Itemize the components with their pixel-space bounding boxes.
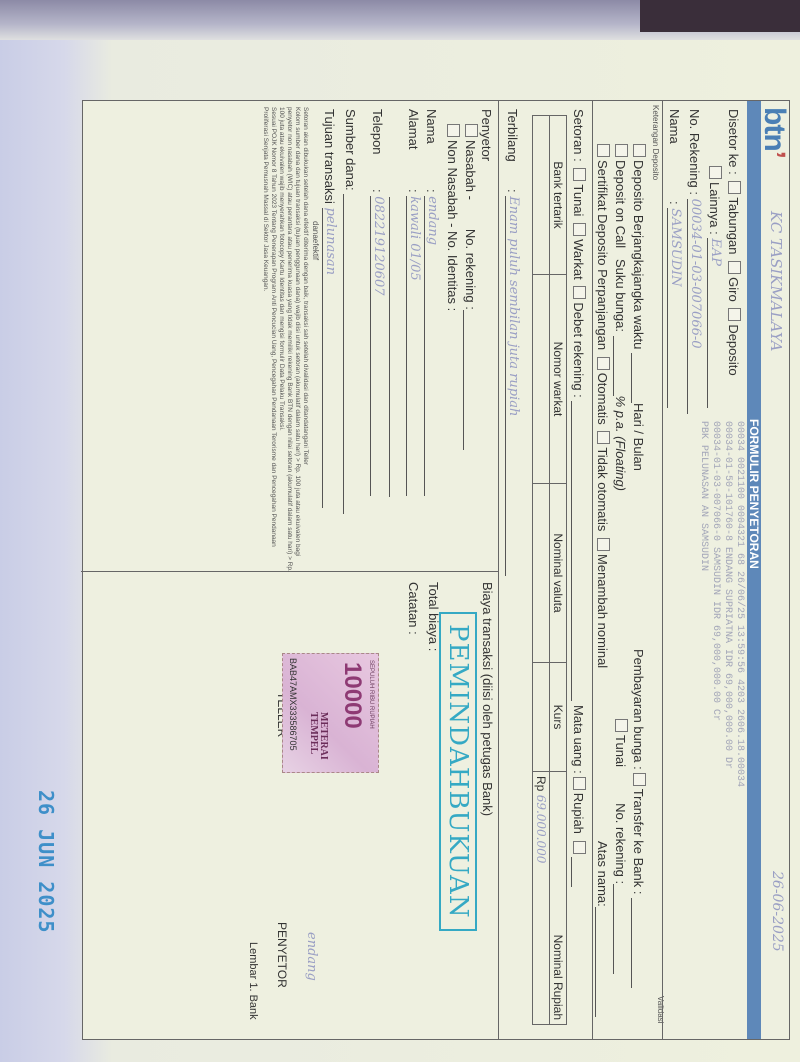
otomatis-label: Otomatis — [595, 373, 610, 425]
table-header-row: Bank tertarik Nomor warkat Nominal valut… — [550, 116, 567, 1025]
disetor-ke-row: Disetor ke : Tabungan Giro Deposito — [726, 109, 741, 376]
checkbox-deposito-berjangka[interactable] — [633, 144, 646, 157]
telepon-field[interactable]: 082219120607 — [370, 196, 386, 496]
nomor-warkat-cell[interactable] — [533, 275, 550, 484]
note-3: Sesuai POJK Nomor 8 Tahun 2023 Tentang P… — [261, 107, 277, 577]
tidak-otomatis-label: Tidak otomatis — [595, 447, 610, 531]
biaya-label: Biaya transaksi (diisi oleh petugas Bank… — [480, 582, 495, 816]
setoran-tunai-label: Tunai — [571, 184, 586, 216]
background-dark-area — [640, 0, 800, 32]
debet-rekening-field[interactable] — [571, 401, 572, 701]
form-title: FORMULIR PENYETORAN — [747, 419, 761, 569]
telepon-label: Telepon — [370, 109, 385, 189]
non-nasabah-label: Non Nasabah - No. Identitas : — [445, 140, 460, 311]
non-nasabah-row: Non Nasabah - No. Identitas : — [445, 121, 460, 311]
checkbox-sertifikat[interactable] — [597, 144, 610, 157]
sumber-dana-label: Sumber dana: — [343, 109, 358, 191]
pembayaran-bunga-row: Pembayaran bunga :Transfer ke Bank : — [631, 649, 646, 988]
warkat-table: Bank tertarik Nomor warkat Nominal valut… — [532, 115, 567, 1025]
keterangan-deposito-label: Keterangan Deposito — [651, 105, 660, 180]
tujuan-field[interactable]: pelunasan — [322, 208, 338, 508]
penyetor-nama-field[interactable]: endang — [424, 196, 440, 496]
bunga-no-rekening-label: No. rekening : — [613, 803, 628, 884]
checkbox-other-currency[interactable] — [573, 841, 586, 854]
suku-bunga-field[interactable] — [613, 336, 614, 396]
atas-nama-label: Atas nama: — [595, 841, 610, 907]
checkbox-non-nasabah[interactable] — [447, 124, 460, 137]
debet-rekening-label: Debet rekening : — [571, 302, 586, 397]
background-edge — [0, 0, 800, 40]
setoran-row: Setoran : Tunai Warkat Debet rekening : … — [571, 109, 586, 887]
form-notes: Setoran akan dibukukan setelah dana efek… — [261, 107, 309, 577]
sumber-dana-row: Sumber dana: — [343, 109, 358, 514]
option-giro: Giro — [726, 277, 741, 302]
copy-label: Lembar 1. Bank — [247, 942, 259, 1020]
menambah-label: Menambah nominal — [595, 554, 610, 668]
checkbox-deposito[interactable] — [728, 308, 741, 321]
setoran-section: Setoran : Tunai Warkat Debet rekening : … — [592, 101, 593, 1039]
jangka-waktu-label: jangka waktu — [631, 273, 646, 349]
nama-row: Nama: SAMSUDIN — [667, 109, 683, 408]
penyetor-nama-label: Nama — [424, 109, 439, 189]
nasabah-row: Nasabah - No. rekening : — [463, 121, 478, 450]
suku-bunga-label: Suku bunga: — [613, 259, 628, 332]
tunai-row: Tunai No. rekening : — [613, 716, 628, 974]
table-row: Rp 69.000.000 — [533, 116, 550, 1025]
penyetor-no-rekening-field[interactable] — [463, 310, 464, 450]
materai-stamp: SEPULUH RIBU RUPIAH 10000 METERAI TEMPEL… — [282, 653, 379, 773]
checkbox-transfer-bank[interactable] — [633, 773, 646, 786]
printed-validation: 00034 0021100 0004321 68 26/06/25 13:59:… — [697, 421, 745, 787]
checkbox-nasabah[interactable] — [465, 124, 478, 137]
nama-label: Nama — [667, 109, 682, 201]
validasi-label: Validasi — [656, 996, 665, 1023]
no-rekening-field[interactable]: 00034-01-03-007066-0 — [687, 199, 703, 414]
terbilang-label: Terbilang — [505, 109, 520, 189]
checkbox-menambah[interactable] — [597, 538, 610, 551]
date-stamp: 26 JUN 2025 — [12, 790, 72, 1050]
header-bank-tertarik: Bank tertarik — [550, 116, 567, 275]
handwritten-branch: KC TASIKMALAYA — [767, 211, 785, 351]
option-deposito: Deposito — [726, 324, 741, 375]
pembayaran-bunga-label: Pembayaran bunga : — [631, 649, 646, 770]
rupiah-label: Rupiah — [571, 793, 586, 834]
materai-serial: BAB47AMX333586705 — [288, 658, 298, 751]
penyetor-nama-row: Nama: endang — [424, 109, 440, 496]
terbilang-row: Terbilang: Enam puluh sembilan juta rupi… — [505, 109, 521, 576]
bunga-tunai-label: Tunai — [613, 735, 628, 767]
atas-nama-row: Atas nama: — [595, 841, 610, 1017]
checkbox-bunga-tunai[interactable] — [615, 719, 628, 732]
tujuan-row: Tujuan transaksi pelunasan — [322, 109, 338, 508]
other-currency-field[interactable] — [571, 857, 572, 887]
checkbox-setoran-tunai[interactable] — [573, 168, 586, 181]
catatan-label: Catatan : — [406, 582, 421, 635]
header-nominal-rupiah: Nominal Rupiah — [550, 772, 567, 1025]
bank-tertarik-cell[interactable] — [533, 116, 550, 275]
penyetor-handwritten-signature: endang — [304, 932, 319, 981]
transfer-bank-field[interactable] — [631, 898, 632, 988]
setoran-label: Setoran : — [571, 109, 586, 162]
terbilang-field[interactable]: Enam puluh sembilan juta rupiah — [505, 196, 521, 576]
tujuan-label: Tujuan transaksi — [322, 109, 337, 204]
penyetor-label: Penyetor — [479, 109, 494, 161]
checkbox-tidak-otomatis[interactable] — [597, 431, 610, 444]
nominal-valuta-cell[interactable] — [533, 484, 550, 663]
kurs-cell[interactable] — [533, 663, 550, 772]
sumber-dana-field[interactable] — [343, 194, 344, 514]
materai-amount: 10000 — [338, 662, 366, 729]
jangka-waktu-field[interactable] — [631, 353, 632, 403]
note-1: Setoran akan dibukukan setelah dana efek… — [301, 107, 309, 577]
checkbox-deposit-on-call[interactable] — [615, 144, 628, 157]
penyetor-no-rekening-label: No. rekening : — [463, 229, 478, 310]
pemindahbukuan-stamp: PEMINDAHBUKUAN — [439, 612, 477, 931]
checkbox-otomatis[interactable] — [597, 357, 610, 370]
sertifikat-row: Sertifikat Deposito Perpanjangan Otomati… — [595, 141, 610, 668]
nasabah-label: Nasabah - — [463, 140, 478, 200]
no-rekening-label: No. Rekening : — [687, 109, 702, 195]
mata-uang-label: Mata uang : — [571, 705, 586, 774]
note-2: Kolom sumber dana dan tujuan transaksi (… — [277, 107, 301, 577]
bunga-no-rekening-field[interactable] — [613, 884, 614, 974]
checkbox-giro[interactable] — [728, 261, 741, 274]
header-nominal-valuta: Nominal valuta — [550, 484, 567, 663]
nama-field[interactable]: SAMSUDIN — [667, 208, 683, 408]
floating-label: % p.a. (Floating) — [613, 396, 628, 491]
header-kurs: Kurs — [550, 663, 567, 772]
date-stamp-text: 26 JUN 2025 — [34, 790, 58, 933]
alamat-field[interactable]: kawali 01/05 — [406, 196, 422, 496]
title-bar: FORMULIR PENYETORAN — [747, 101, 761, 1039]
warkat-label: Warkat — [571, 239, 586, 280]
checkbox-lainnya[interactable] — [709, 166, 722, 179]
penyetor-signature-label: PENYETOR — [275, 922, 289, 988]
sertifikat-label: Sertifikat Deposito Perpanjangan — [595, 160, 610, 350]
option-tabungan: Tabungan — [726, 197, 741, 254]
checkbox-debet-rekening[interactable] — [573, 286, 586, 299]
deposit-form-photo: btnʼ KC TASIKMALAYA 26-06-2025 FORMULIR … — [82, 100, 790, 1040]
no-rekening-row: No. Rekening : 00034-01-03-007066-0 — [687, 109, 703, 414]
handwritten-date: 26-06-2025 — [769, 871, 785, 952]
alamat-field-2[interactable] — [389, 197, 390, 497]
telepon-row: Telepon: 082219120607 — [370, 109, 386, 496]
materai-label: SEPULUH RIBU RUPIAH — [368, 660, 374, 729]
btn-logo: btnʼ — [757, 107, 791, 158]
disetor-ke-label: Disetor ke : — [726, 109, 741, 175]
checkbox-rupiah[interactable] — [573, 777, 586, 790]
lainnya-label: Lainnya : — [707, 182, 722, 235]
nominal-rupiah-value: 69.000.000 — [534, 795, 548, 864]
hari-bulan-label: Hari / Bulan — [631, 403, 646, 471]
deposito-berjangka-label: Deposito Berjangka — [631, 160, 646, 273]
header-nomor-warkat: Nomor warkat — [550, 275, 567, 484]
lainnya-field[interactable]: EAP — [707, 238, 723, 408]
nominal-rupiah-cell[interactable]: Rp 69.000.000 — [533, 772, 550, 1025]
transfer-bank-label: Transfer ke Bank : — [631, 789, 646, 895]
deposit-on-call-label: Deposit on Call — [613, 160, 628, 248]
rp-label: Rp — [534, 776, 548, 791]
form-header: btnʼ KC TASIKMALAYA 26-06-2025 — [763, 101, 789, 1039]
keterangan-deposito-section: Keterangan Deposito Deposito Berjangkaja… — [662, 101, 663, 1039]
deposit-on-call-row: Deposit on Call Suku bunga: % p.a. (Floa… — [613, 141, 628, 491]
lainnya-row: Lainnya : EAP — [707, 163, 723, 408]
alamat-label: Alamat — [406, 109, 421, 189]
deposit-form: btnʼ KC TASIKMALAYA 26-06-2025 FORMULIR … — [82, 100, 790, 1040]
materai-text: METERAI TEMPEL — [308, 712, 328, 772]
atas-nama-field[interactable] — [595, 907, 596, 1017]
alamat-row: Alamat: kawali 01/05 — [406, 109, 422, 496]
checkbox-tabungan[interactable] — [728, 181, 741, 194]
checkbox-warkat[interactable] — [573, 223, 586, 236]
deposito-berjangka-row: Deposito Berjangkajangka waktu Hari / Bu… — [631, 141, 646, 471]
biaya-section: Biaya transaksi (diisi oleh petugas Bank… — [81, 571, 499, 1040]
dana-efektif-note: danaefektif — [311, 221, 320, 260]
